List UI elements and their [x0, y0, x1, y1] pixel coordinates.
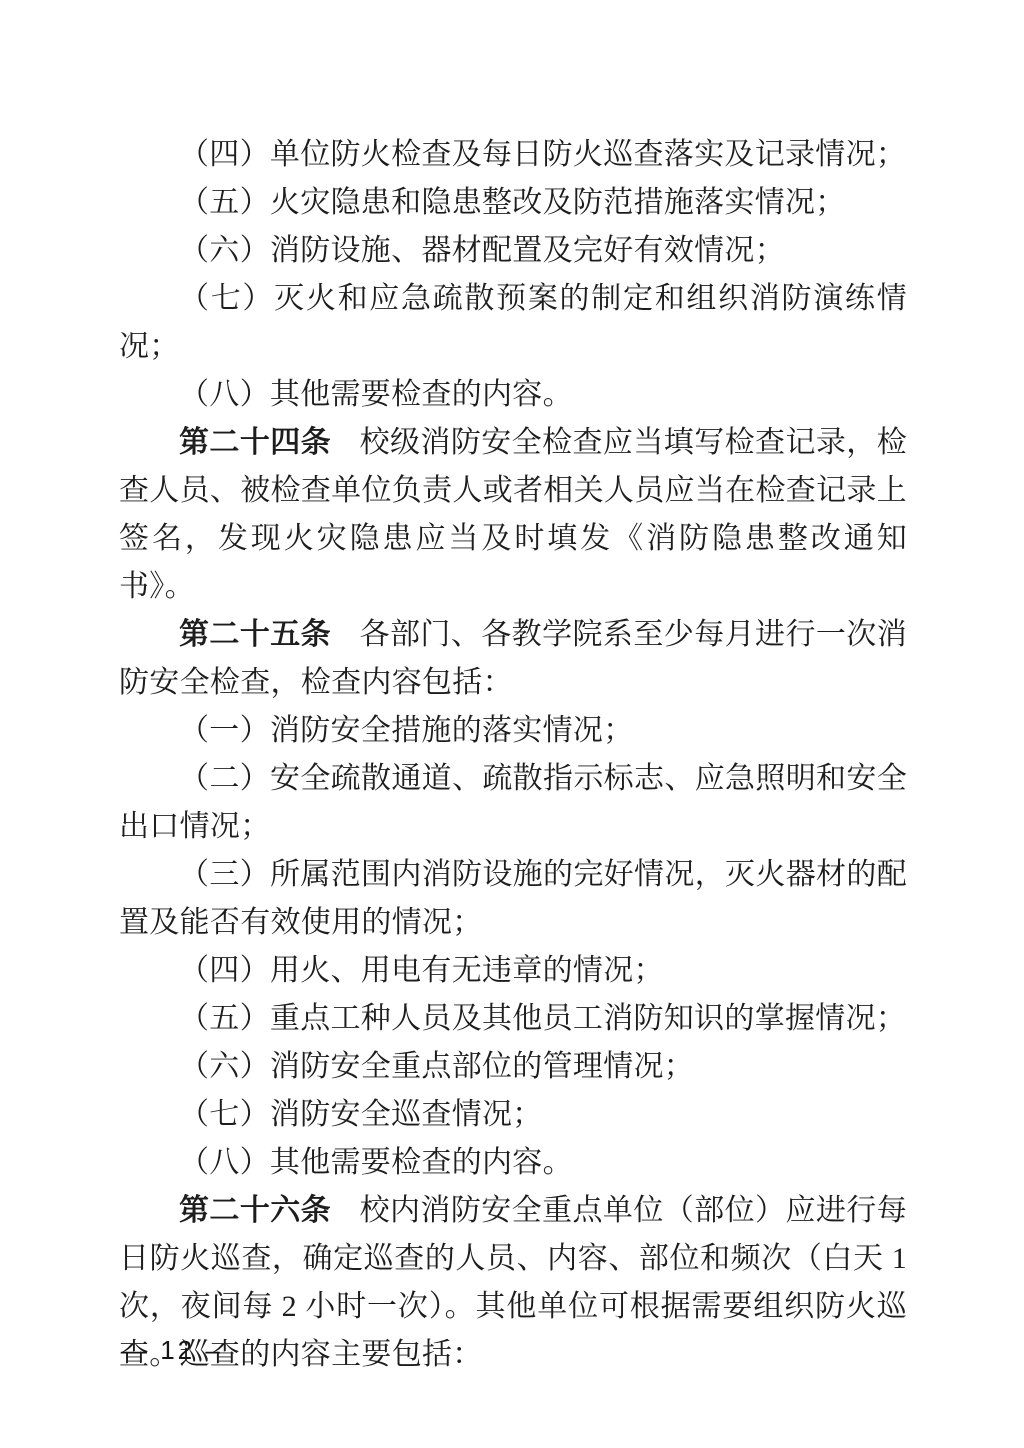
list-item-text: （六）消防安全重点部位的管理情况； [179, 1050, 694, 1083]
list-item: （五）重点工种人员及其他员工消防知识的掌握情况； [119, 995, 907, 1043]
list-item-text: （八）其他需要检查的内容。 [179, 1146, 573, 1179]
page-number: — 12 – [121, 1334, 223, 1366]
list-item: （七）灭火和应急疏散预案的制定和组织消防演练情况； [119, 275, 907, 371]
document-body: （四）单位防火检查及每日防火巡查落实及记录情况；（五）火灾隐患和隐患整改及防范措… [119, 131, 907, 1379]
list-item: （八）其他需要检查的内容。 [119, 371, 907, 419]
list-item: （七）消防安全巡查情况； [119, 1091, 907, 1139]
article-number: 第二十四条 [179, 426, 331, 459]
list-item-text: （三）所属范围内消防设施的完好情况，灭火器材的配置及能否有效使用的情况； [119, 858, 907, 939]
list-item-text: （四）用火、用电有无违章的情况； [179, 954, 664, 987]
list-item: （六）消防安全重点部位的管理情况； [119, 1043, 907, 1091]
list-item: （三）所属范围内消防设施的完好情况，灭火器材的配置及能否有效使用的情况； [119, 851, 907, 947]
list-item: （四）用火、用电有无违章的情况； [119, 947, 907, 995]
article-paragraph: 第二十五条各部门、各教学院系至少每月进行一次消防安全检查，检查内容包括： [119, 611, 907, 707]
list-item: （五）火灾隐患和隐患整改及防范措施落实情况； [119, 179, 907, 227]
document-page: （四）单位防火检查及每日防火巡查落实及记录情况；（五）火灾隐患和隐患整改及防范措… [0, 0, 1024, 1448]
article-number: 第二十六条 [179, 1194, 331, 1227]
list-item: （六）消防设施、器材配置及完好有效情况； [119, 227, 907, 275]
list-item: （八）其他需要检查的内容。 [119, 1139, 907, 1187]
list-item-text: （二）安全疏散通道、疏散指示标志、应急照明和安全出口情况； [119, 762, 907, 843]
list-item: （四）单位防火检查及每日防火巡查落实及记录情况； [119, 131, 907, 179]
list-item-text: （八）其他需要检查的内容。 [179, 378, 573, 411]
list-item-text: （四）单位防火检查及每日防火巡查落实及记录情况； [179, 138, 906, 171]
list-item-text: （七）消防安全巡查情况； [179, 1098, 543, 1131]
list-item-text: （一）消防安全措施的落实情况； [179, 714, 634, 747]
list-item-text: （五）火灾隐患和隐患整改及防范措施落实情况； [179, 186, 846, 219]
list-item-text: （五）重点工种人员及其他员工消防知识的掌握情况； [179, 1002, 906, 1035]
list-item: （一）消防安全措施的落实情况； [119, 707, 907, 755]
article-paragraph: 第二十六条校内消防安全重点单位（部位）应进行每日防火巡查，确定巡查的人员、内容、… [119, 1187, 907, 1379]
list-item-text: （六）消防设施、器材配置及完好有效情况； [179, 234, 785, 267]
article-paragraph: 第二十四条校级消防安全检查应当填写检查记录，检查人员、被检查单位负责人或者相关人… [119, 419, 907, 611]
list-item: （二）安全疏散通道、疏散指示标志、应急照明和安全出口情况； [119, 755, 907, 851]
article-number: 第二十五条 [179, 618, 331, 651]
list-item-text: （七）灭火和应急疏散预案的制定和组织消防演练情况； [119, 282, 907, 363]
